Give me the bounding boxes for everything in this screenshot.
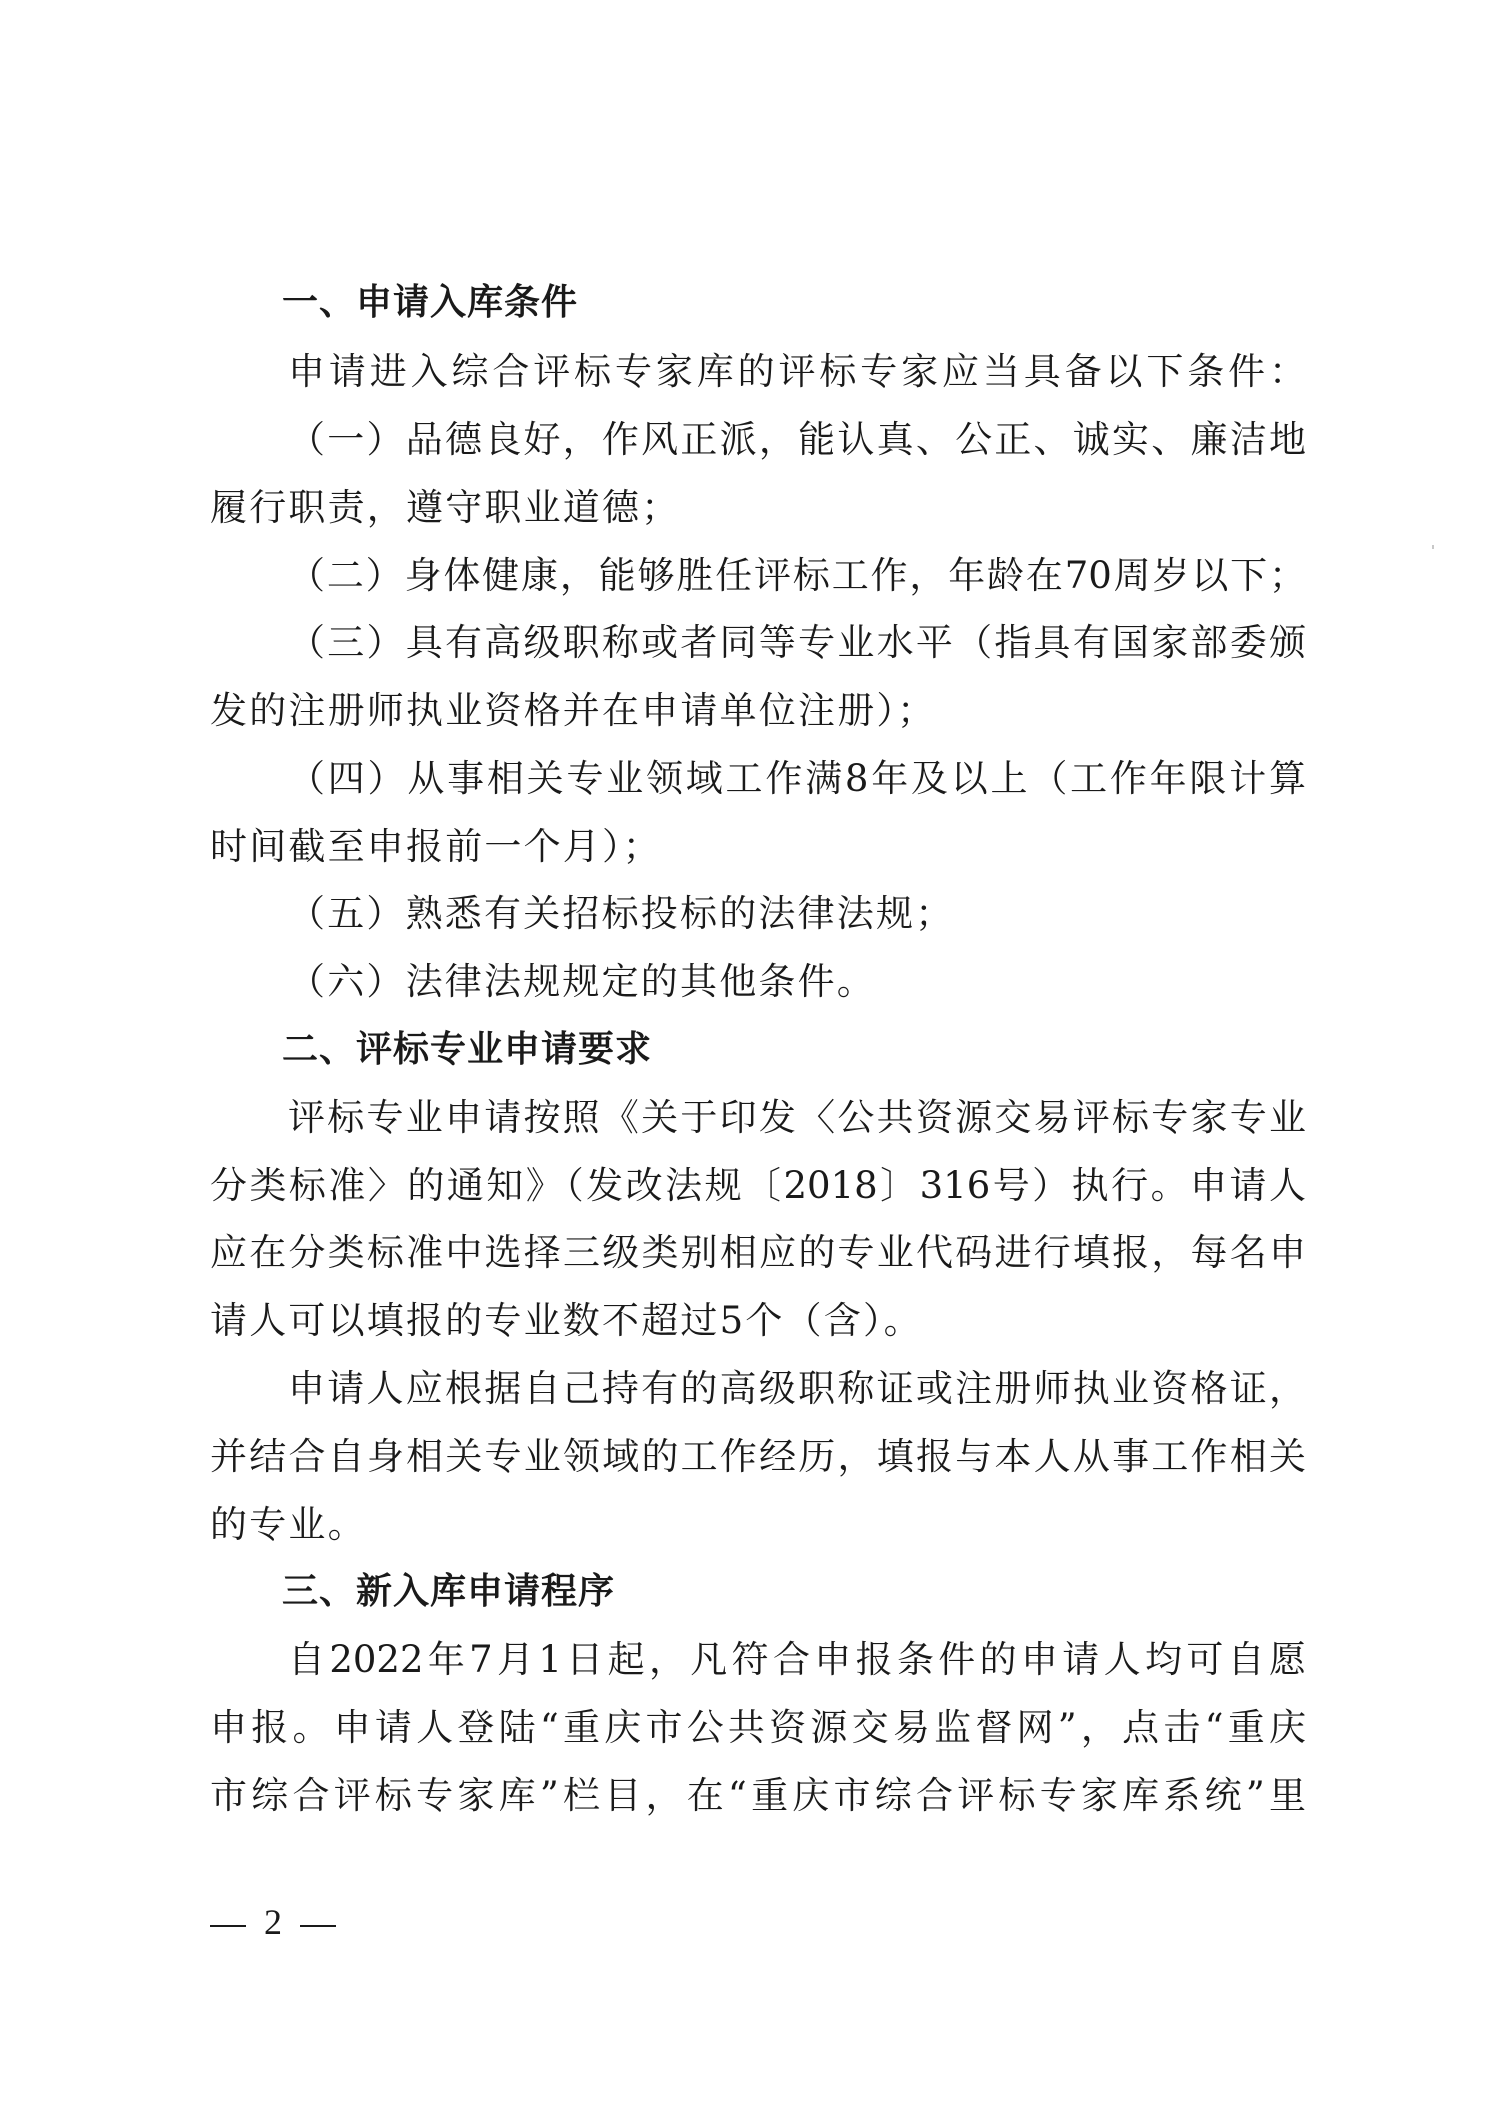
paragraph-line: 应在分类标准中选择三级类别相应的专业代码进行填报，每名申 — [210, 1228, 1306, 1278]
paragraph-line: 申报。申请人登陆“重庆市公共资源交易监督网”，点击“重庆 — [210, 1703, 1306, 1753]
paragraph-line: 发的注册师执业资格并在申请单位注册）； — [210, 686, 1306, 736]
paragraph-line: （六）法律法规规定的其他条件。 — [288, 957, 1306, 1007]
footer-dash-left — [210, 1925, 246, 1927]
paragraph-line: 请人可以填报的专业数不超过5个（含）。 — [210, 1296, 1306, 1346]
paragraph-line: （一）品德良好，作风正派，能认真、公正、诚实、廉洁地 — [288, 415, 1306, 465]
section-heading-1: 一、申请入库条件 — [282, 278, 578, 328]
paragraph-line: 评标专业申请按照《关于印发〈公共资源交易评标专家专业 — [288, 1093, 1306, 1143]
paragraph-line: （二）身体健康，能够胜任评标工作，年龄在70周岁以下； — [288, 551, 1306, 601]
page-footer: 2 — [210, 1900, 336, 1944]
paragraph-line: （四）从事相关专业领域工作满8年及以上（工作年限计算 — [288, 754, 1306, 804]
paragraph-line: 自2022年7月1日起，凡符合申报条件的申请人均可自愿 — [288, 1635, 1306, 1685]
paragraph-line: 并结合自身相关专业领域的工作经历，填报与本人从事工作相关 — [210, 1432, 1306, 1482]
footer-dash-right — [300, 1925, 336, 1927]
paragraph-line: 申请进入综合评标专家库的评标专家应当具备以下条件： — [288, 347, 1306, 397]
section-heading-2: 二、评标专业申请要求 — [282, 1025, 652, 1075]
paragraph-line: 的专业。 — [210, 1500, 1306, 1550]
section-heading-3: 三、新入库申请程序 — [282, 1567, 615, 1617]
paragraph-line: （五）熟悉有关招标投标的法律法规； — [288, 889, 1306, 939]
document-page: 一、申请入库条件 申请进入综合评标专家库的评标专家应当具备以下条件： （一）品德… — [0, 0, 1487, 2102]
paragraph-line: 时间截至申报前一个月）； — [210, 822, 1306, 872]
page-number: 2 — [264, 1900, 282, 1944]
paragraph-line: 市综合评标专家库”栏目，在“重庆市综合评标专家库系统”里 — [210, 1771, 1306, 1821]
paragraph-line: （三）具有高级职称或者同等专业水平（指具有国家部委颁 — [288, 618, 1306, 668]
paragraph-line: 履行职责，遵守职业道德； — [210, 483, 1306, 533]
scan-artifact — [1432, 545, 1434, 549]
paragraph-line: 分类标准〉的通知》（发改法规〔2018〕316号）执行。申请人 — [210, 1161, 1306, 1211]
paragraph-line: 申请人应根据自己持有的高级职称证或注册师执业资格证， — [288, 1364, 1306, 1414]
